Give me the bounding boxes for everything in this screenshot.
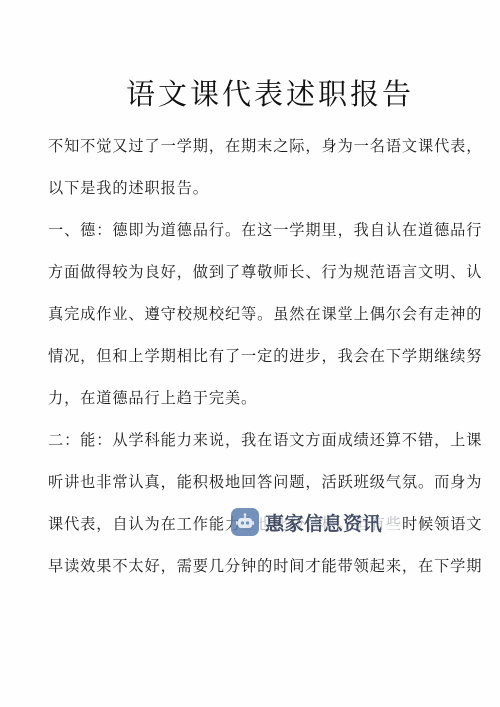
document-title: 语文课代表述职报告 xyxy=(0,72,500,113)
document-page: 语文课代表述职报告 不知不觉又过了一学期，在期末之际，身为一名语文课代表， 以下… xyxy=(0,0,500,707)
paragraph-line-8: 二：能：从学科能力来说，我在语文方面成绩还算不错，上课 xyxy=(48,429,482,450)
paragraph-line-11: 早读效果不太好，需要几分钟的时间才能带领起来，在下学期 xyxy=(48,555,482,576)
paragraph-line-6: 情况，但和上学期相比有了一定的进步，我会在下学期继续努 xyxy=(48,345,482,366)
watermark-text: 惠家信息资讯 xyxy=(265,509,382,536)
watermark: 惠家信息资讯 xyxy=(231,505,382,539)
paragraph-line-4: 方面做得较为良好，做到了尊敬师长、行为规范语言文明、认 xyxy=(48,261,482,282)
paragraph-line-9: 听讲也非常认真，能积极地回答问题，活跃班级气氛。而身为 xyxy=(48,471,482,492)
paragraph-line-5: 真完成作业、遵守校规校纪等。虽然在课堂上偶尔会有走神的 xyxy=(48,303,482,324)
line-text-before: 课代表，自认为在工作能力 xyxy=(48,515,241,533)
paragraph-line-2: 以下是我的述职报告。 xyxy=(48,177,209,198)
paragraph-line-1: 不知不觉又过了一学期，在期末之际，身为一名语文课代表， xyxy=(48,135,482,156)
paragraph-line-7: 力，在道德品行上趋于完美。 xyxy=(48,387,257,408)
robot-logo-icon xyxy=(231,508,259,536)
paragraph-line-3: 一、德：德即为道德品行。在这一学期里，我自认在道德品行 xyxy=(48,219,482,240)
line-text-after: 时候领语文 xyxy=(402,515,482,533)
